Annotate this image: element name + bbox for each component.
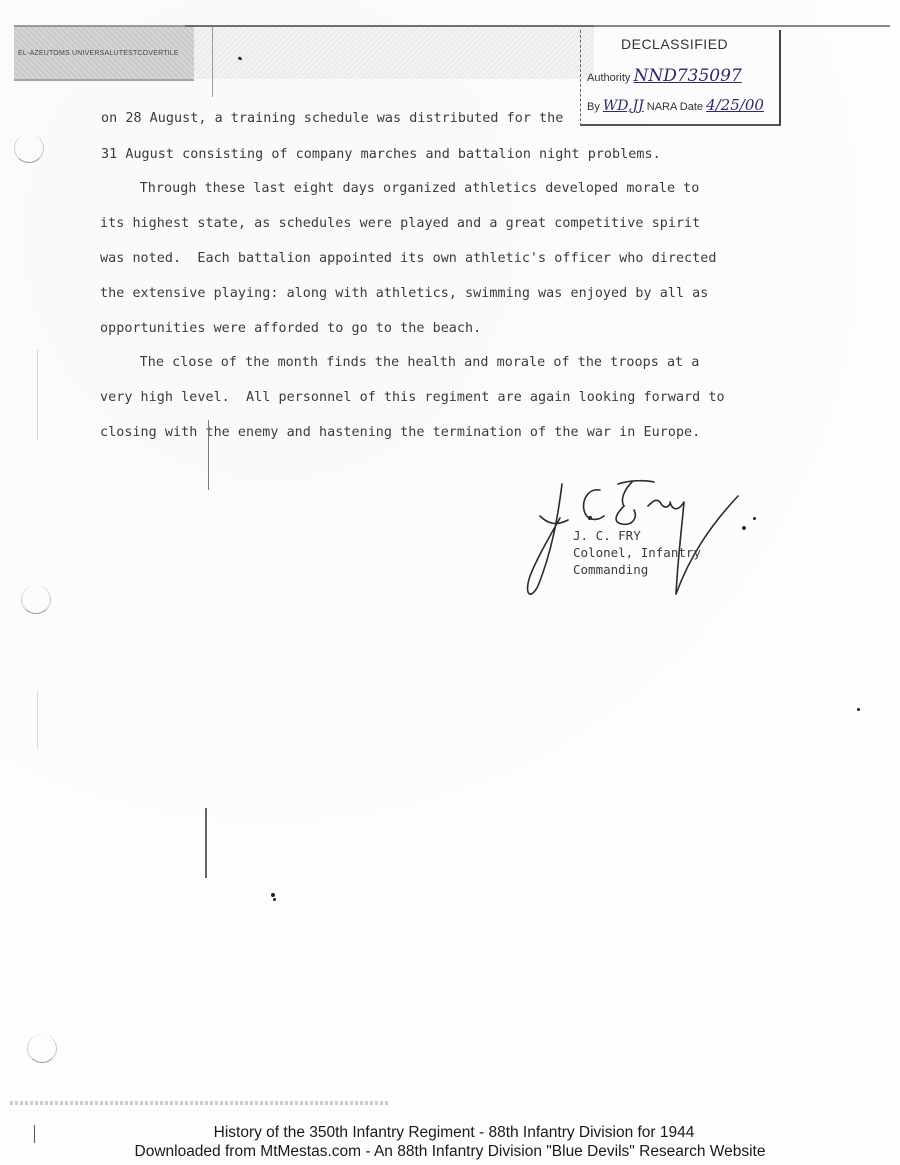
scan-artifact-strip-light <box>194 25 594 79</box>
scan-speck <box>273 898 276 901</box>
stamp-authority-value: NND735097 <box>633 66 741 86</box>
stamp-authority-label: Authority <box>587 72 630 84</box>
stamp-by-row: By WD,JJ NARA Date 4/25/00 <box>587 96 764 114</box>
body-line: very high level. All personnel of this r… <box>100 390 725 405</box>
document-page: EL-AZEUTOMS UNIVERSALUTESTCOVERTILE DECL… <box>0 0 900 1165</box>
scan-speck <box>857 708 860 711</box>
top-rule <box>185 25 890 27</box>
body-line: on 28 August, a training schedule was di… <box>101 111 563 126</box>
stamp-by-value: WD,JJ <box>603 98 644 114</box>
body-line: was noted. Each battalion appointed its … <box>100 251 717 266</box>
body-line: The close of the month finds the health … <box>91 355 699 370</box>
scan-artifact-bottom <box>10 1101 390 1105</box>
footer-source: Downloaded from MtMestas.com - An 88th I… <box>0 1143 900 1161</box>
stamp-by-label: By <box>587 101 600 113</box>
signer-title: Colonel, Infantry <box>573 545 701 560</box>
signer-role: Commanding <box>573 562 648 577</box>
declassified-stamp: DECLASSIFIED Authority NND735097 By WD,J… <box>580 30 781 126</box>
margin-mark <box>205 808 207 878</box>
body-line: 31 August consisting of company marches … <box>101 147 661 162</box>
punch-hole <box>14 134 44 163</box>
footer-title: History of the 350th Infantry Regiment -… <box>0 1124 900 1142</box>
scan-strip-label: EL-AZEUTOMS UNIVERSALUTESTCOVERTILE <box>18 50 179 57</box>
body-line: its highest state, as schedules were pla… <box>100 216 700 231</box>
body-line: the extensive playing: along with athlet… <box>100 286 708 301</box>
stamp-authority-row: Authority NND735097 <box>587 66 742 86</box>
stamp-title: DECLASSIFIED <box>621 36 728 52</box>
body-line: opportunities were afforded to go to the… <box>100 321 481 336</box>
scan-divider <box>212 27 213 97</box>
signer-name: J. C. FRY <box>573 528 641 543</box>
punch-hole <box>27 1034 57 1063</box>
margin-mark <box>37 690 38 750</box>
scan-speck <box>753 517 756 520</box>
stamp-nara-date: 4/25/00 <box>706 96 764 114</box>
margin-mark <box>208 420 209 490</box>
margin-mark <box>37 350 38 440</box>
signature-block: J. C. FRY Colonel, Infantry Commanding <box>573 527 701 578</box>
body-line: closing with the enemy and hastening the… <box>100 425 700 440</box>
punch-hole <box>21 585 51 614</box>
scan-speck <box>271 893 275 897</box>
body-line: Through these last eight days organized … <box>91 181 699 196</box>
stamp-nara-label: NARA Date <box>647 101 703 113</box>
